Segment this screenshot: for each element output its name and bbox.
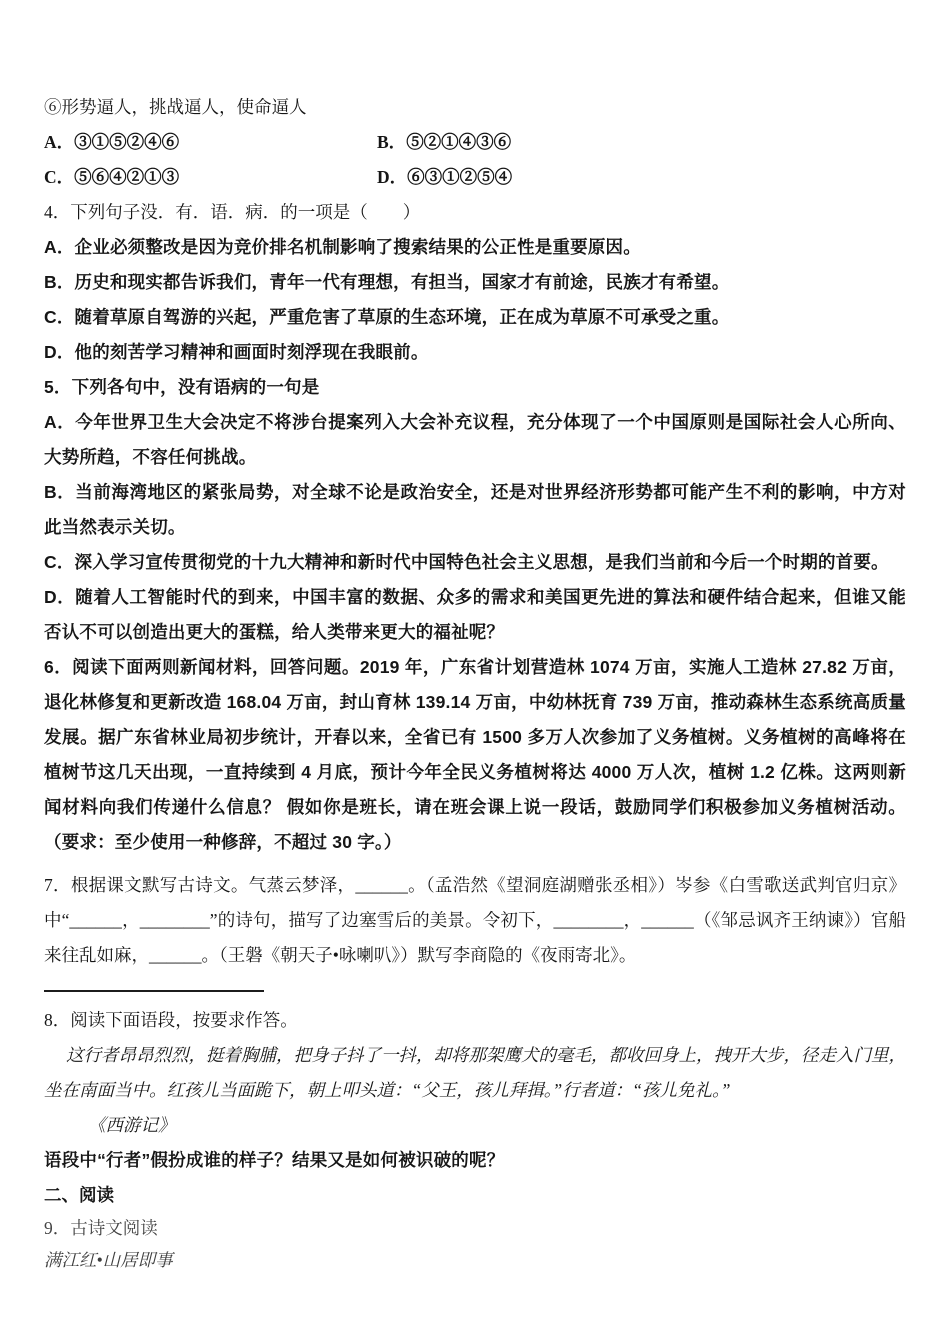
poem-title: 满江红•山居即事: [44, 1243, 906, 1278]
question-4-stem: 4．下列句子没．有．语．病．的一项是（ ）: [44, 195, 906, 230]
question-5-option-d-label: D．: [44, 587, 75, 607]
question-5-option-d: D．随着人工智能时代的到来，中国丰富的数据、众多的需求和美国更先进的算法和硬件结…: [44, 580, 906, 650]
sequence-option-c-label: C．: [44, 167, 74, 187]
question-5-stem: 5．下列各句中，没有语病的一句是: [44, 370, 906, 405]
sequence-option-d-value: ⑥③①②⑤④: [407, 167, 512, 187]
question-5-option-d-text: 随着人工智能时代的到来，中国丰富的数据、众多的需求和美国更先进的算法和硬件结合起…: [44, 587, 906, 642]
question-4-option-b-label: B．: [44, 272, 75, 292]
question-4-option-c: C．随着草原自驾游的兴起，严重危害了草原的生态环境，正在成为草原不可承受之重。: [44, 300, 906, 335]
sequence-option-b-label: B．: [377, 132, 406, 152]
question-5-option-c: C．深入学习宣传贯彻党的十九大精神和新时代中国特色社会主义思想，是我们当前和今后…: [44, 545, 906, 580]
sequence-option-a: A．③①⑤②④⑥: [44, 125, 377, 160]
question-5-option-a-label: A．: [44, 412, 75, 432]
question-5-option-b: B．当前海湾地区的紧张局势，对全球不论是政治安全，还是对世界经济形势都可能产生不…: [44, 475, 906, 545]
question-4-option-a-label: A．: [44, 237, 75, 257]
question-6-text: 6．阅读下面两则新闻材料，回答问题。2019 年，广东省计划营造林 1074 万…: [44, 650, 906, 860]
sequence-option-c: C．⑤⑥④②①③: [44, 160, 377, 195]
question-7-text: 7．根据课文默写古诗文。气蒸云梦泽，______。（孟浩然《望洞庭湖赠张丞相》）…: [44, 868, 906, 973]
question-5-option-c-label: C．: [44, 552, 75, 572]
question-4-option-a: A．企业必须整改是因为竞价排名机制影响了搜索结果的公正性是重要原因。: [44, 230, 906, 265]
section-2-heading: 二、阅读: [44, 1178, 906, 1213]
sequence-option-b: B．⑤②①④③⑥: [377, 125, 511, 160]
exam-document-page: ⑥形势逼人，挑战逼人，使命逼人 A．③①⑤②④⑥ B．⑤②①④③⑥ C．⑤⑥④②…: [0, 0, 950, 1344]
question-4-option-d: D．他的刻苦学习精神和画面时刻浮现在我眼前。: [44, 335, 906, 370]
sequence-option-d-label: D．: [377, 167, 407, 187]
question-4-option-d-text: 他的刻苦学习精神和画面时刻浮现在我眼前。: [75, 342, 429, 362]
question-8-excerpt: 这行者昂昂烈烈，挺着胸脯，把身子抖了一抖，却将那架鹰犬的毫毛，都收回身上，拽开大…: [44, 1038, 906, 1108]
question-5-option-c-text: 深入学习宣传贯彻党的十九大精神和新时代中国特色社会主义思想，是我们当前和今后一个…: [75, 552, 889, 572]
sentence-item-6: ⑥形势逼人，挑战逼人，使命逼人: [44, 90, 906, 125]
question-5-option-a-text: 今年世界卫生大会决定不将涉台提案列入大会补充议程，充分体现了一个中国原则是国际社…: [44, 412, 906, 467]
question-4-option-a-text: 企业必须整改是因为竞价排名机制影响了搜索结果的公正性是重要原因。: [75, 237, 641, 257]
sequence-option-a-label: A．: [44, 132, 74, 152]
question-5-option-a: A．今年世界卫生大会决定不将涉台提案列入大会补充议程，充分体现了一个中国原则是国…: [44, 405, 906, 475]
question-8-source: 《西游记》: [44, 1108, 906, 1143]
question-4-option-c-label: C．: [44, 307, 75, 327]
question-8-question: 语段中“行者”假扮成谁的样子？结果又是如何被识破的呢？: [44, 1143, 906, 1178]
question-4-option-b: B．历史和现实都告诉我们，青年一代有理想，有担当，国家才有前途，民族才有希望。: [44, 265, 906, 300]
question-4-option-d-label: D．: [44, 342, 75, 362]
sequence-option-b-value: ⑤②①④③⑥: [406, 132, 511, 152]
sequence-options-row-1: A．③①⑤②④⑥ B．⑤②①④③⑥: [44, 125, 906, 160]
question-4-option-c-text: 随着草原自驾游的兴起，严重危害了草原的生态环境，正在成为草原不可承受之重。: [75, 307, 730, 327]
question-5-option-b-text: 当前海湾地区的紧张局势，对全球不论是政治安全，还是对世界经济形势都可能产生不利的…: [44, 482, 906, 537]
sequence-option-c-value: ⑤⑥④②①③: [74, 167, 179, 187]
question-8-stem: 8．阅读下面语段，按要求作答。: [44, 1003, 906, 1038]
sequence-options-row-2: C．⑤⑥④②①③ D．⑥③①②⑤④: [44, 160, 906, 195]
question-4-option-b-text: 历史和现实都告诉我们，青年一代有理想，有担当，国家才有前途，民族才有希望。: [75, 272, 730, 292]
answer-blank-line: [44, 990, 264, 992]
question-5-option-b-label: B．: [44, 482, 75, 502]
question-9-stem: 9．古诗文阅读: [44, 1213, 906, 1243]
sequence-option-d: D．⑥③①②⑤④: [377, 160, 512, 195]
sequence-option-a-value: ③①⑤②④⑥: [74, 132, 179, 152]
